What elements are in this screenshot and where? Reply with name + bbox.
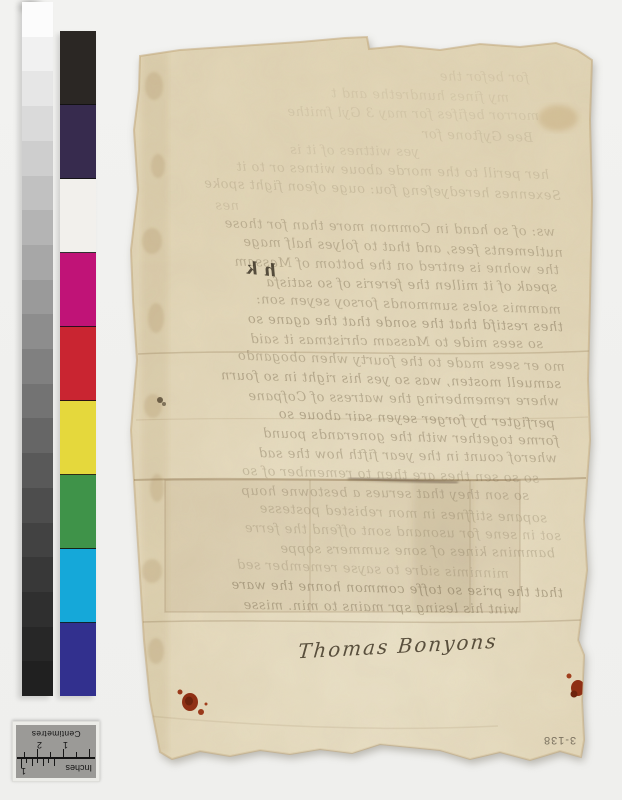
grayscale-step-3 (22, 71, 53, 106)
grayscale-step-14 (22, 453, 53, 488)
inch-tick (26, 759, 27, 763)
grayscale-step-5 (22, 141, 53, 176)
color-patch-magenta (60, 253, 96, 327)
inch-tick (37, 759, 38, 763)
inch-tick (43, 759, 44, 766)
cm-tick (50, 752, 51, 757)
grayscale-step-20 (22, 661, 53, 696)
grayscale-step-9 (22, 280, 53, 315)
grayscale-step-8 (22, 245, 53, 280)
ruler-cm-ticks: 1 2 (16, 740, 96, 757)
grayscale-step-16 (22, 523, 53, 558)
grayscale-step-12 (22, 384, 53, 419)
grayscale-step-2 (22, 37, 53, 72)
ruler-inches-label: Inches (65, 763, 92, 773)
bleedthrough-text-block: for befor themy fines hundrethe and tmor… (160, 66, 569, 626)
color-calibration-strip (60, 31, 96, 696)
grayscale-step-6 (22, 176, 53, 211)
photograph-background: Inches 1 1 2 Centimetres (0, 0, 622, 800)
manuscript-document: for befor themy fines hundrethe and tmor… (118, 26, 593, 771)
color-patch-violet (60, 105, 96, 179)
ruler-scale-card: Inches 1 1 2 Centimetres (12, 721, 100, 782)
color-patch-indigo (60, 623, 96, 696)
grayscale-step-11 (22, 349, 53, 384)
cm-tick (76, 752, 77, 757)
cm-tick (89, 749, 90, 757)
grayscale-step-4 (22, 106, 53, 141)
grayscale-step-18 (22, 592, 53, 627)
grayscale-step-7 (22, 210, 53, 245)
ruler-scale-face: Inches 1 1 2 Centimetres (16, 725, 96, 778)
grayscale-step-19 (22, 627, 53, 662)
color-patch-yellow (60, 401, 96, 475)
color-patch-white (60, 179, 96, 253)
inch-tick (54, 759, 55, 766)
cm-tick (24, 752, 25, 757)
grayscale-step-17 (22, 557, 53, 592)
color-patch-green (60, 475, 96, 549)
cm-tick (37, 749, 38, 757)
inch-tick (32, 759, 33, 766)
ruler-inch-ticks: Inches 1 (16, 759, 96, 778)
color-patch-cyan (60, 549, 96, 623)
color-patch-black (60, 31, 96, 105)
ruler-centimetres-label: Centimetres (16, 729, 96, 739)
grayscale-step-13 (22, 418, 53, 453)
grayscale-step-10 (22, 314, 53, 349)
ink-mark: h k (245, 258, 277, 281)
cm-tick (63, 749, 64, 757)
color-patch-red (60, 327, 96, 401)
inch-tick (21, 759, 22, 768)
grayscale-step-wedge (22, 2, 53, 696)
grayscale-step-1 (22, 2, 53, 37)
inch-tick (48, 759, 49, 763)
shelfmark: 3-138 (543, 734, 576, 746)
grayscale-step-15 (22, 488, 53, 523)
